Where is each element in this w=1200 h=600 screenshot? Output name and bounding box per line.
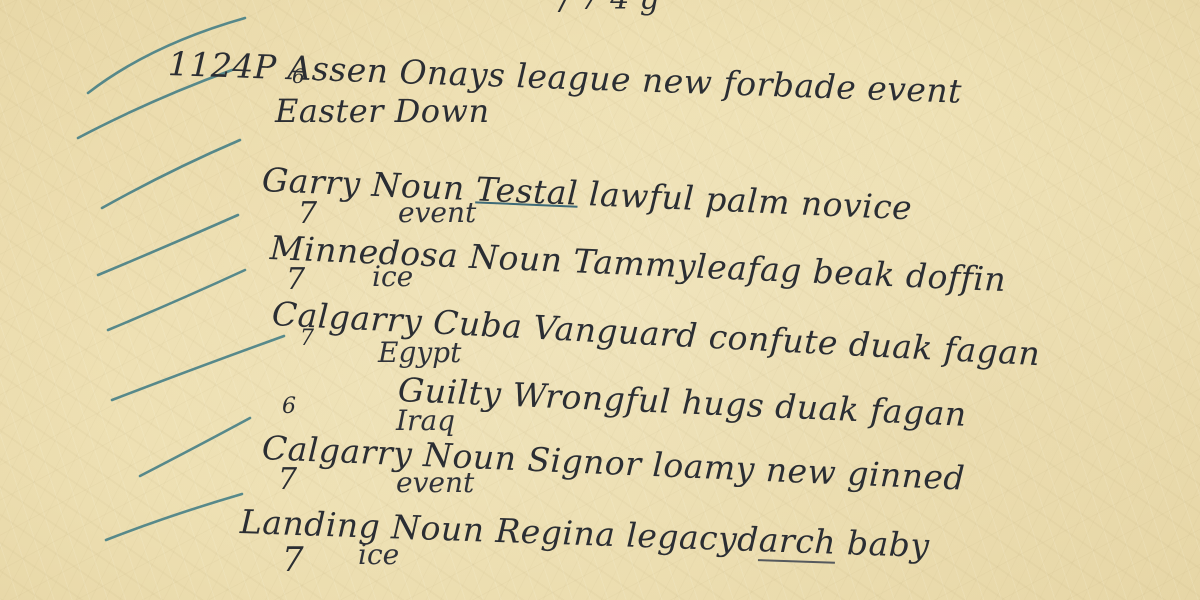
entry-2-line: Garry Noun Testal lawful palm novice bbox=[261, 160, 913, 227]
entry-7-suffix: baby bbox=[835, 523, 930, 565]
entry-7-mark: 7 bbox=[282, 540, 304, 580]
top-fragment: / 7 4 g bbox=[560, 0, 660, 17]
entry-6-mark: 7 bbox=[278, 462, 297, 497]
entry-2-underlined: Testal bbox=[475, 169, 579, 212]
entry-7-line: Landing Noun Regina legacydarch baby bbox=[239, 502, 930, 565]
entry-4-mark: 7 bbox=[300, 326, 314, 351]
entry-5-sub: Iraq bbox=[396, 404, 455, 437]
entry-1-mark: 6 bbox=[292, 64, 305, 88]
entry-2-sub: event bbox=[398, 196, 476, 229]
entry-3-sub: ice bbox=[372, 260, 413, 293]
entry-2-suffix: lawful palm novice bbox=[577, 174, 913, 228]
tick-mark-icon bbox=[112, 336, 284, 400]
entry-5-mark: 6 bbox=[282, 394, 296, 419]
entry-6-line: Calgarry Noun Signor loamy new ginned bbox=[261, 428, 966, 498]
tick-mark-icon bbox=[98, 215, 238, 275]
entry-3-mark: 7 bbox=[286, 262, 305, 297]
entry-6-sub: event bbox=[396, 466, 474, 499]
entry-4-sub: Egypt bbox=[378, 336, 461, 369]
entry-5-line: Guilty Wrongful hugs duak fagan bbox=[397, 370, 967, 434]
tick-mark-icon bbox=[140, 418, 250, 476]
entry-2-mark: 7 bbox=[298, 196, 317, 231]
tick-mark-icon bbox=[108, 270, 245, 330]
entry-1-sub: Easter Down bbox=[275, 92, 490, 130]
entry-7-sub: ice bbox=[358, 538, 399, 571]
tick-mark-icon bbox=[102, 140, 240, 208]
entry-7-underlined: arch bbox=[758, 520, 837, 564]
tick-mark-icon bbox=[106, 494, 242, 540]
